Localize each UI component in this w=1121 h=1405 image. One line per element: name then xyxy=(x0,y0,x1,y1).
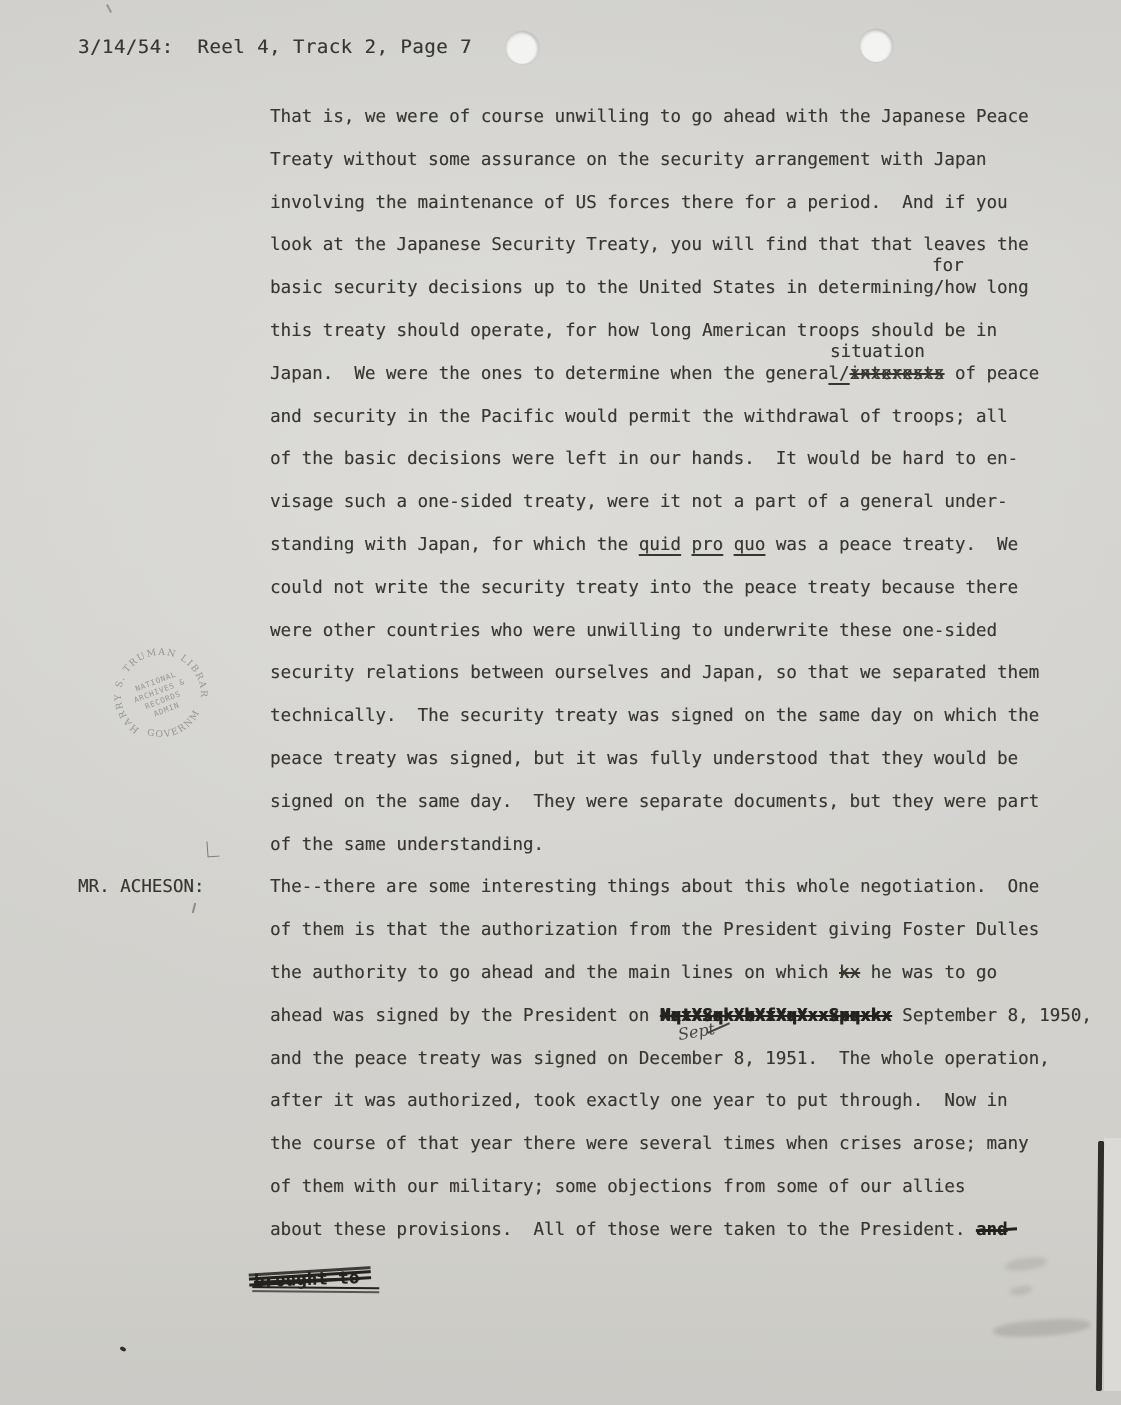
typed-text: visage such a one-sided treaty, were it … xyxy=(270,492,1008,512)
typed-text: That is, we were of course unwilling to … xyxy=(270,107,1029,127)
typed-text: of the basic decisions were left in our … xyxy=(270,449,1018,469)
typed-text: were other countries who were unwilling … xyxy=(270,621,997,641)
text-line: brought to xyxy=(254,1259,1100,1302)
scribbled-out-text: brought to xyxy=(253,1257,360,1303)
document-scan-page: 3/14/54: Reel 4, Track 2, Page 7 That is… xyxy=(0,0,1121,1405)
text-line: the course of that year there were sever… xyxy=(270,1123,1100,1166)
typed-text: look at the Japanese Security Treaty, yo… xyxy=(270,235,1029,255)
typed-insertion: for xyxy=(932,245,964,288)
typed-text: after it was authorized, took exactly on… xyxy=(270,1091,1008,1111)
struck-out-word: and xyxy=(976,1220,1008,1240)
text-line: this treaty should operate, for how long… xyxy=(270,310,1100,353)
typed-text: September 8, 1950, xyxy=(892,1006,1092,1026)
text-line: and security in the Pacific would permit… xyxy=(270,396,1100,439)
typed-text: the course of that year there were sever… xyxy=(270,1134,1029,1154)
text-line: peace treaty was signed, but it was full… xyxy=(270,738,1100,781)
text-line: could not write the security treaty into… xyxy=(270,567,1100,610)
typed-text: basic security decisions up to the Unite… xyxy=(270,278,1029,298)
scanner-background xyxy=(0,1389,1121,1405)
typed-text: of them with our military; some objectio… xyxy=(270,1177,965,1197)
struck-out-text: kxxx xyxy=(839,952,860,995)
typed-text: of the same understanding. xyxy=(270,835,544,855)
text-line: of them is that the authorization from t… xyxy=(270,909,1100,952)
typed-text: Japan. We were the ones to determine whe… xyxy=(270,364,828,384)
text-line: security relations between ourselves and… xyxy=(270,652,1100,695)
typed-text: ahead was signed by the President on xyxy=(270,1006,660,1026)
text-line: situationJapan. We were the ones to dete… xyxy=(270,353,1100,396)
typed-text: and security in the Pacific would permit… xyxy=(270,407,1008,427)
paper-edge-sliver xyxy=(1104,1138,1121,1391)
text-line: look at the Japanese Security Treaty, yo… xyxy=(270,224,1100,267)
struck-out-text: interestsxxxxxxxxx xyxy=(849,353,944,396)
punch-hole-right xyxy=(860,29,893,62)
body-text: That is, we were of course unwilling to … xyxy=(270,96,1100,1301)
typed-text: of peace xyxy=(944,364,1039,384)
text-line: involving the maintenance of US forces t… xyxy=(270,182,1100,225)
text-line: of the same understanding. xyxy=(270,824,1100,867)
typed-text: technically. The security treaty was sig… xyxy=(270,706,1039,726)
text-line: were other countries who were unwilling … xyxy=(270,610,1100,653)
typed-text: involving the maintenance of US forces t… xyxy=(270,193,1008,213)
text-line: signed on the same day. They were separa… xyxy=(270,781,1100,824)
typed-text: standing with Japan, for which the xyxy=(270,535,639,555)
typed-text: could not write the security treaty into… xyxy=(270,578,1018,598)
text-line: technically. The security treaty was sig… xyxy=(270,695,1100,738)
text-line: Treaty without some assurance on the sec… xyxy=(270,139,1100,182)
text-line: That is, we were of course unwilling to … xyxy=(270,96,1100,139)
typed-text: The--there are some interesting things a… xyxy=(270,877,1039,897)
punch-hole-left xyxy=(506,31,539,64)
typed-text xyxy=(681,535,692,555)
pencil-mark-L xyxy=(206,841,219,858)
text-line: visage such a one-sided treaty, were it … xyxy=(270,481,1100,524)
truman-library-stamp: HARRY S. TRUMAN LIBRARY U.S. GOVERNMENT … xyxy=(101,635,221,755)
text-line: of them with our military; some objectio… xyxy=(270,1166,1100,1209)
underlined-text: quo xyxy=(734,535,766,555)
typed-text: signed on the same day. They were separa… xyxy=(270,792,1039,812)
typed-text: the authority to go ahead and the main l… xyxy=(270,963,839,983)
text-line: the authority to go ahead and the main l… xyxy=(270,952,1100,995)
handwritten-insertion: Sept xyxy=(675,1008,719,1057)
text-line: Septand the peace treaty was signed on D… xyxy=(270,1038,1100,1081)
underlined-text: quid xyxy=(639,535,681,555)
typed-text: about these provisions. All of those wer… xyxy=(270,1220,976,1240)
text-line: forbasic security decisions up to the Un… xyxy=(270,267,1100,310)
text-line: of the basic decisions were left in our … xyxy=(270,438,1100,481)
typed-text xyxy=(723,535,734,555)
text-line: The--there are some interesting things a… xyxy=(270,866,1100,909)
typed-text: of them is that the authorization from t… xyxy=(270,920,1039,940)
typed-text: was a peace treaty. We xyxy=(765,535,1018,555)
typed-text: he was to go xyxy=(860,963,997,983)
speaker-label: MR. ACHESON: xyxy=(78,866,204,909)
typed-text: security relations between ourselves and… xyxy=(270,663,1039,683)
text-line: after it was authorized, took exactly on… xyxy=(270,1080,1100,1123)
text-line: about these provisions. All of those wer… xyxy=(270,1209,1100,1252)
typed-text: and the peace treaty was signed on Decem… xyxy=(270,1049,1050,1069)
typed-text: Treaty without some assurance on the sec… xyxy=(270,150,986,170)
page-header-reel-info: 3/14/54: Reel 4, Track 2, Page 7 xyxy=(78,36,472,58)
underlined-text: pro xyxy=(691,535,723,555)
text-line: standing with Japan, for which the quid … xyxy=(270,524,1100,567)
typed-text: peace treaty was signed, but it was full… xyxy=(270,749,1018,769)
